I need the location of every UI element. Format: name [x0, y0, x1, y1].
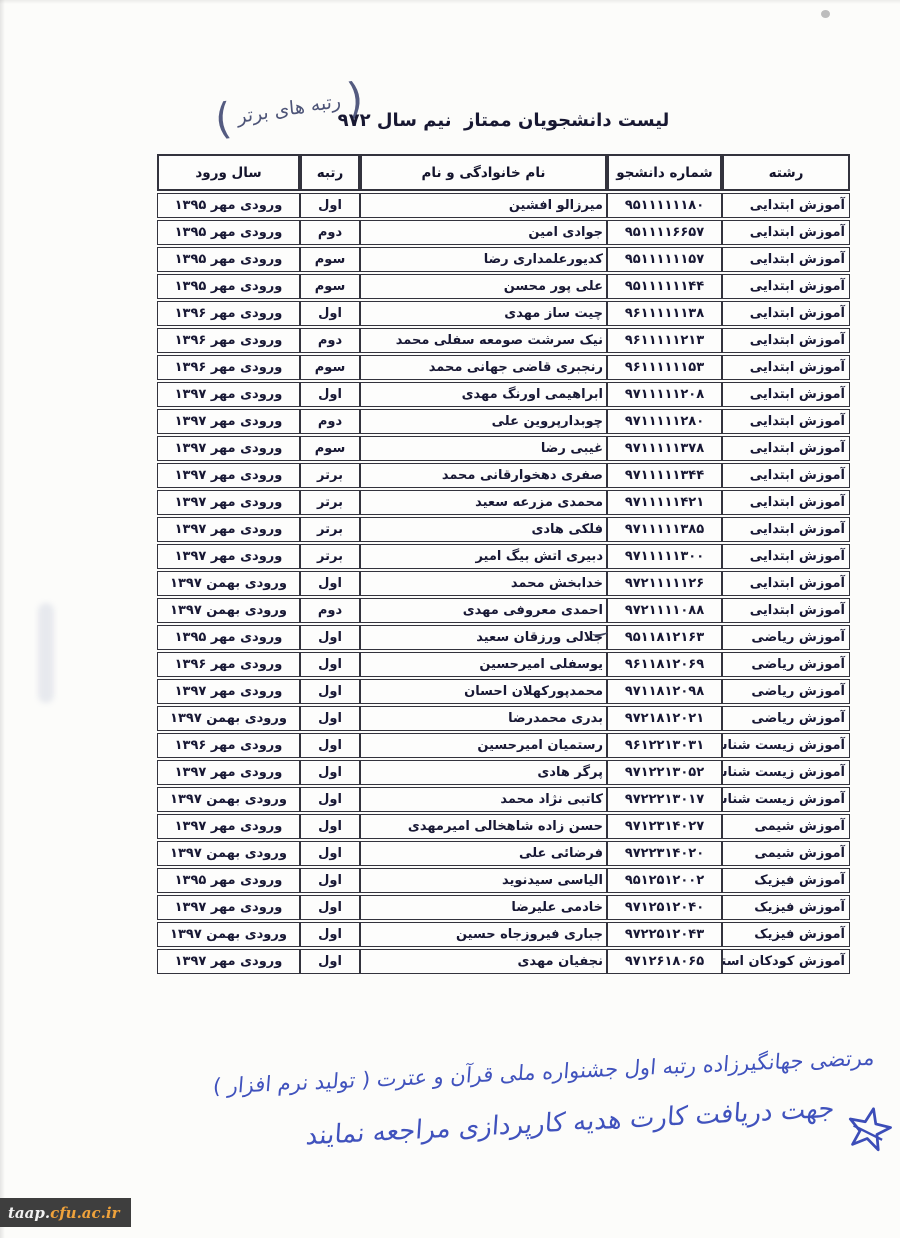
cell-entry-year: ورودی بهمن ۱۳۹۷: [157, 787, 300, 812]
cell-major: آموزش ابتدایی: [722, 436, 850, 461]
cell-rank: اول: [300, 949, 360, 974]
table-row: آموزش فیزیک ۹۷۱۲۵۱۲۰۴۰ خادمی علیرضا اول …: [157, 895, 850, 920]
cell-entry-year: ورودی مهر ۱۳۹۷: [157, 463, 300, 488]
cell-name: جباری فیروزجاه حسین: [360, 922, 607, 947]
cell-major: آموزش ابتدایی: [722, 328, 850, 353]
cell-rank: برتر: [300, 490, 360, 515]
cell-name: میرزالو افشین: [360, 193, 607, 218]
cell-rank: اول: [300, 625, 360, 650]
table-row: آموزش ابتدایی ۹۷۱۱۱۱۱۳۰۰ دبیری اتش بیگ ا…: [157, 544, 850, 569]
cell-entry-year: ورودی مهر ۱۳۹۷: [157, 517, 300, 542]
cell-student-id: ۹۷۲۱۸۱۲۰۲۱: [607, 706, 722, 731]
cell-major: آموزش زیست شناسی: [722, 787, 850, 812]
cell-rank: سوم: [300, 274, 360, 299]
cell-major: آموزش ابتدایی: [722, 247, 850, 272]
table-row: آموزش ریاضی ۹۶۱۱۸۱۲۰۶۹ یوسفلی امیرحسین ا…: [157, 652, 850, 677]
cell-major: آموزش ریاضی: [722, 679, 850, 704]
cell-entry-year: ورودی بهمن ۱۳۹۷: [157, 922, 300, 947]
table-row: آموزش ابتدایی ۹۷۱۱۱۱۱۳۴۴ صفری دهخوارقانی…: [157, 463, 850, 488]
cell-rank: برتر: [300, 463, 360, 488]
students-table-body: آموزش ابتدایی ۹۵۱۱۱۱۱۱۸۰ میرزالو افشین ا…: [157, 193, 850, 974]
table-row: آموزش ابتدایی ۹۷۲۱۱۱۱۱۲۶ خدابخش محمد اول…: [157, 571, 850, 596]
cell-name: چیت ساز مهدی: [360, 301, 607, 326]
cell-entry-year: ورودی مهر ۱۳۹۷: [157, 490, 300, 515]
cell-entry-year: ورودی مهر ۱۳۹۶: [157, 733, 300, 758]
cell-major: آموزش ابتدایی: [722, 463, 850, 488]
cell-student-id: ۹۷۱۲۶۱۸۰۶۵: [607, 949, 722, 974]
table-row: آموزش ابتدایی ۹۶۱۱۱۱۱۲۱۳ نیک سرشت صومعه …: [157, 328, 850, 353]
cell-entry-year: ورودی مهر ۱۳۹۶: [157, 355, 300, 380]
cell-student-id: ۹۵۱۱۱۱۱۱۵۷: [607, 247, 722, 272]
table-row: آموزش ریاضی ۹۵۱۱۸۱۲۱۶۳ جلالی ورزقان سعید…: [157, 625, 850, 650]
cell-rank: اول: [300, 841, 360, 866]
cell-student-id: ۹۷۱۲۳۱۴۰۲۷: [607, 814, 722, 839]
header-entry-year: سال ورود: [157, 154, 300, 191]
cell-rank: اول: [300, 193, 360, 218]
cell-student-id: ۹۵۱۱۸۱۲۱۶۳: [607, 625, 722, 650]
cell-major: آموزش ابتدایی: [722, 382, 850, 407]
cell-name: احمدی معروفی مهدی: [360, 598, 607, 623]
cell-name: دبیری اتش بیگ امیر: [360, 544, 607, 569]
cell-rank: برتر: [300, 544, 360, 569]
table-row: آموزش شیمی ۹۷۲۲۳۱۴۰۲۰ فرضائی علی اول ورو…: [157, 841, 850, 866]
cell-student-id: ۹۷۲۱۱۱۱۰۸۸: [607, 598, 722, 623]
table-row: آموزش فیزیک ۹۷۲۲۵۱۲۰۴۳ جباری فیروزجاه حس…: [157, 922, 850, 947]
cell-major: آموزش فیزیک: [722, 922, 850, 947]
scan-edge-shadow-top: [0, 0, 900, 4]
cell-rank: دوم: [300, 328, 360, 353]
cell-rank: دوم: [300, 220, 360, 245]
cell-student-id: ۹۵۱۱۱۱۶۶۵۷: [607, 220, 722, 245]
cell-name: الیاسی سیدنوید: [360, 868, 607, 893]
cell-entry-year: ورودی مهر ۱۳۹۶: [157, 328, 300, 353]
table-row: آموزش ابتدایی ۹۵۱۱۱۱۱۱۵۷ کدیورعلمداری رض…: [157, 247, 850, 272]
cell-name: نجفیان مهدی: [360, 949, 607, 974]
cell-student-id: ۹۶۱۱۱۱۱۱۵۳: [607, 355, 722, 380]
cell-name: محمدپورکهلان احسان: [360, 679, 607, 704]
header-major: رشته: [722, 154, 850, 191]
cell-name: یوسفلی امیرحسین: [360, 652, 607, 677]
scan-dot-artifact: [821, 10, 830, 18]
cell-major: آموزش زیست شناسی: [722, 733, 850, 758]
cell-major: آموزش ابتدایی: [722, 355, 850, 380]
cell-major: آموزش فیزیک: [722, 895, 850, 920]
table-row: آموزش شیمی ۹۷۱۲۳۱۴۰۲۷ حسن زاده شاهخالی ا…: [157, 814, 850, 839]
cell-rank: اول: [300, 868, 360, 893]
cell-rank: اول: [300, 733, 360, 758]
cell-student-id: ۹۷۱۱۸۱۲۰۹۸: [607, 679, 722, 704]
scan-smudge-artifact: [38, 603, 54, 703]
cell-name: رنجبری قاضی جهانی محمد: [360, 355, 607, 380]
cell-name: کدیورعلمداری رضا: [360, 247, 607, 272]
cell-rank: اول: [300, 652, 360, 677]
cell-student-id: ۹۷۱۱۱۱۱۲۰۸: [607, 382, 722, 407]
cell-major: آموزش ابتدایی: [722, 598, 850, 623]
watermark-domain: cfu.ac.ir: [50, 1204, 119, 1222]
cell-student-id: ۹۷۲۲۲۱۳۰۱۷: [607, 787, 722, 812]
cell-name: کاتبی نژاد محمد: [360, 787, 607, 812]
cell-name: چوبدارپروین علی: [360, 409, 607, 434]
cell-rank: اول: [300, 679, 360, 704]
cell-major: آموزش ابتدایی: [722, 274, 850, 299]
cell-name: رستمیان امیرحسین: [360, 733, 607, 758]
cell-name: محمدی مزرعه سعید: [360, 490, 607, 515]
cell-major: آموزش کودکان استثنایی: [722, 949, 850, 974]
scanned-document-page: { "page": { "title": "لیست دانشجویان ممت…: [0, 0, 900, 1238]
cell-entry-year: ورودی بهمن ۱۳۹۷: [157, 706, 300, 731]
hand-drawn-star-icon: [842, 1102, 897, 1159]
cell-major: آموزش ابتدایی: [722, 220, 850, 245]
cell-student-id: ۹۷۱۱۱۱۱۴۲۱: [607, 490, 722, 515]
table-row: آموزش ریاضی ۹۷۲۱۸۱۲۰۲۱ بدری محمدرضا اول …: [157, 706, 850, 731]
cell-rank: سوم: [300, 247, 360, 272]
table-row: آموزش ابتدایی ۹۷۲۱۱۱۱۰۸۸ احمدی معروفی مه…: [157, 598, 850, 623]
cell-entry-year: ورودی مهر ۱۳۹۷: [157, 760, 300, 785]
cell-name: نیک سرشت صومعه سفلی محمد: [360, 328, 607, 353]
cell-rank: دوم: [300, 409, 360, 434]
table-row: آموزش ابتدایی ۹۵۱۱۱۱۱۱۸۰ میرزالو افشین ا…: [157, 193, 850, 218]
students-table: رشته شماره دانشجو نام خانوادگی و نام رتب…: [157, 152, 850, 976]
cell-name: غیبی رضا: [360, 436, 607, 461]
cell-student-id: ۹۷۱۱۱۱۱۲۸۰: [607, 409, 722, 434]
table-row: آموزش ابتدایی ۹۷۱۱۱۱۱۲۸۰ چوبدارپروین علی…: [157, 409, 850, 434]
cell-entry-year: ورودی بهمن ۱۳۹۷: [157, 598, 300, 623]
table-row: آموزش ابتدایی ۹۵۱۱۱۱۱۱۴۴ علی پور محسن سو…: [157, 274, 850, 299]
cell-student-id: ۹۷۱۱۱۱۱۳۸۵: [607, 517, 722, 542]
table-row: آموزش ابتدایی ۹۷۱۱۱۱۱۲۰۸ ابراهیمی اورنگ …: [157, 382, 850, 407]
cell-name: خدابخش محمد: [360, 571, 607, 596]
cell-name: ابراهیمی اورنگ مهدی: [360, 382, 607, 407]
cell-student-id: ۹۷۲۲۳۱۴۰۲۰: [607, 841, 722, 866]
table-header-row: رشته شماره دانشجو نام خانوادگی و نام رتب…: [157, 154, 850, 191]
cell-rank: سوم: [300, 355, 360, 380]
cell-rank: اول: [300, 382, 360, 407]
cell-entry-year: ورودی مهر ۱۳۹۵: [157, 220, 300, 245]
table-row: آموزش ابتدایی ۹۵۱۱۱۱۶۶۵۷ جوادی امین دوم …: [157, 220, 850, 245]
table-row: آموزش ابتدایی ۹۷۱۱۱۱۱۴۲۱ محمدی مزرعه سعی…: [157, 490, 850, 515]
cell-student-id: ۹۵۱۱۱۱۱۱۸۰: [607, 193, 722, 218]
cell-name: فلکی هادی: [360, 517, 607, 542]
cell-student-id: ۹۷۲۱۱۱۱۱۲۶: [607, 571, 722, 596]
cell-student-id: ۹۷۲۲۵۱۲۰۴۳: [607, 922, 722, 947]
cell-entry-year: ورودی مهر ۱۳۹۷: [157, 436, 300, 461]
watermark-prefix: taap.: [8, 1204, 50, 1222]
cell-entry-year: ورودی مهر ۱۳۹۵: [157, 868, 300, 893]
cell-entry-year: ورودی مهر ۱۳۹۵: [157, 247, 300, 272]
cell-entry-year: ورودی مهر ۱۳۹۷: [157, 814, 300, 839]
cell-major: آموزش ریاضی: [722, 652, 850, 677]
cell-entry-year: ورودی بهمن ۱۳۹۷: [157, 841, 300, 866]
cell-rank: اول: [300, 922, 360, 947]
cell-entry-year: ورودی مهر ۱۳۹۷: [157, 409, 300, 434]
cell-rank: اول: [300, 760, 360, 785]
cell-major: آموزش ریاضی: [722, 706, 850, 731]
cell-student-id: ۹۵۱۱۱۱۱۱۴۴: [607, 274, 722, 299]
handwritten-note-line1: مرتضی جهانگیرزاده رتبه اول جشنواره ملی ق…: [214, 1046, 875, 1099]
cell-rank: اول: [300, 301, 360, 326]
cell-major: آموزش زیست شناسی: [722, 760, 850, 785]
table-row: آموزش فیزیک ۹۵۱۲۵۱۲۰۰۲ الیاسی سیدنوید او…: [157, 868, 850, 893]
cell-entry-year: ورودی مهر ۱۳۹۶: [157, 652, 300, 677]
cell-student-id: ۹۶۱۱۱۱۱۱۳۸: [607, 301, 722, 326]
table-row: آموزش ابتدایی ۹۷۱۱۱۱۱۳۷۸ غیبی رضا سوم ور…: [157, 436, 850, 461]
cell-student-id: ۹۶۱۱۸۱۲۰۶۹: [607, 652, 722, 677]
table-row: آموزش ابتدایی ۹۷۱۱۱۱۱۳۸۵ فلکی هادی برتر …: [157, 517, 850, 542]
header-student-id: شماره دانشجو: [607, 154, 722, 191]
students-table-container: رشته شماره دانشجو نام خانوادگی و نام رتب…: [157, 152, 850, 976]
cell-name: خادمی علیرضا: [360, 895, 607, 920]
cell-student-id: ۹۷۱۱۱۱۱۳۴۴: [607, 463, 722, 488]
cell-name: جوادی امین: [360, 220, 607, 245]
cell-entry-year: ورودی مهر ۱۳۹۷: [157, 679, 300, 704]
header-rank: رتبه: [300, 154, 360, 191]
table-row: آموزش زیست شناسی ۹۷۱۲۲۱۳۰۵۲ پرگر هادی او…: [157, 760, 850, 785]
cell-major: آموزش ابتدایی: [722, 409, 850, 434]
table-row: آموزش زیست شناسی ۹۶۱۲۲۱۳۰۳۱ رستمیان امیر…: [157, 733, 850, 758]
cell-major: آموزش ریاضی: [722, 625, 850, 650]
cell-name: پرگر هادی: [360, 760, 607, 785]
cell-name: بدری محمدرضا: [360, 706, 607, 731]
header-name: نام خانوادگی و نام: [360, 154, 607, 191]
cell-major: آموزش ابتدایی: [722, 301, 850, 326]
cell-student-id: ۹۷۱۱۱۱۱۳۰۰: [607, 544, 722, 569]
table-row: آموزش ابتدایی ۹۶۱۱۱۱۱۱۳۸ چیت ساز مهدی او…: [157, 301, 850, 326]
cell-student-id: ۹۵۱۲۵۱۲۰۰۲: [607, 868, 722, 893]
cell-rank: اول: [300, 814, 360, 839]
page-title: لیست دانشجویان ممتاز نیم سال ۹۷۲: [157, 110, 850, 131]
cell-student-id: ۹۶۱۲۲۱۳۰۳۱: [607, 733, 722, 758]
cell-major: آموزش ابتدایی: [722, 544, 850, 569]
cell-entry-year: ورودی مهر ۱۳۹۶: [157, 301, 300, 326]
cell-entry-year: ورودی مهر ۱۳۹۷: [157, 895, 300, 920]
cell-student-id: ۹۷۱۲۵۱۲۰۴۰: [607, 895, 722, 920]
cell-major: آموزش ابتدایی: [722, 193, 850, 218]
cell-entry-year: ورودی مهر ۱۳۹۷: [157, 544, 300, 569]
cell-rank: اول: [300, 706, 360, 731]
cell-entry-year: ورودی مهر ۱۳۹۵: [157, 193, 300, 218]
table-row: آموزش ابتدایی ۹۶۱۱۱۱۱۱۵۳ رنجبری قاضی جها…: [157, 355, 850, 380]
cell-entry-year: ورودی مهر ۱۳۹۷: [157, 949, 300, 974]
cell-rank: اول: [300, 571, 360, 596]
cell-major: آموزش ابتدایی: [722, 490, 850, 515]
cell-student-id: ۹۶۱۱۱۱۱۲۱۳: [607, 328, 722, 353]
table-row: آموزش کودکان استثنایی ۹۷۱۲۶۱۸۰۶۵ نجفیان …: [157, 949, 850, 974]
cell-entry-year: ورودی بهمن ۱۳۹۷: [157, 571, 300, 596]
handwritten-note-line2: جهت دریافت کارت هدیه کارپردازی مراجعه نم…: [134, 1094, 835, 1161]
cell-entry-year: ورودی مهر ۱۳۹۵: [157, 274, 300, 299]
cell-student-id: ۹۷۱۱۱۱۱۳۷۸: [607, 436, 722, 461]
cell-name: علی پور محسن: [360, 274, 607, 299]
handwritten-top-annotation: ( رتبه های برتر ): [213, 72, 365, 144]
cell-name: صفری دهخوارقانی محمد: [360, 463, 607, 488]
table-row: آموزش ریاضی ۹۷۱۱۸۱۲۰۹۸ محمدپورکهلان احسا…: [157, 679, 850, 704]
cell-rank: دوم: [300, 598, 360, 623]
cell-entry-year: ورودی مهر ۱۳۹۷: [157, 382, 300, 407]
cell-major: آموزش ابتدایی: [722, 571, 850, 596]
cell-rank: اول: [300, 787, 360, 812]
watermark-badge: taap.cfu.ac.ir: [0, 1198, 131, 1227]
cell-major: آموزش شیمی: [722, 841, 850, 866]
cell-rank: اول: [300, 895, 360, 920]
cell-major: آموزش ابتدایی: [722, 517, 850, 542]
cell-major: آموزش شیمی: [722, 814, 850, 839]
cell-rank: برتر: [300, 517, 360, 542]
cell-rank: سوم: [300, 436, 360, 461]
cell-major: آموزش فیزیک: [722, 868, 850, 893]
scan-edge-shadow-left: [0, 0, 5, 1238]
cell-name: جلالی ورزقان سعید: [360, 625, 607, 650]
cell-name: فرضائی علی: [360, 841, 607, 866]
table-row: آموزش زیست شناسی ۹۷۲۲۲۱۳۰۱۷ کاتبی نژاد م…: [157, 787, 850, 812]
cell-student-id: ۹۷۱۲۲۱۳۰۵۲: [607, 760, 722, 785]
cell-entry-year: ورودی مهر ۱۳۹۵: [157, 625, 300, 650]
cell-name: حسن زاده شاهخالی امیرمهدی: [360, 814, 607, 839]
